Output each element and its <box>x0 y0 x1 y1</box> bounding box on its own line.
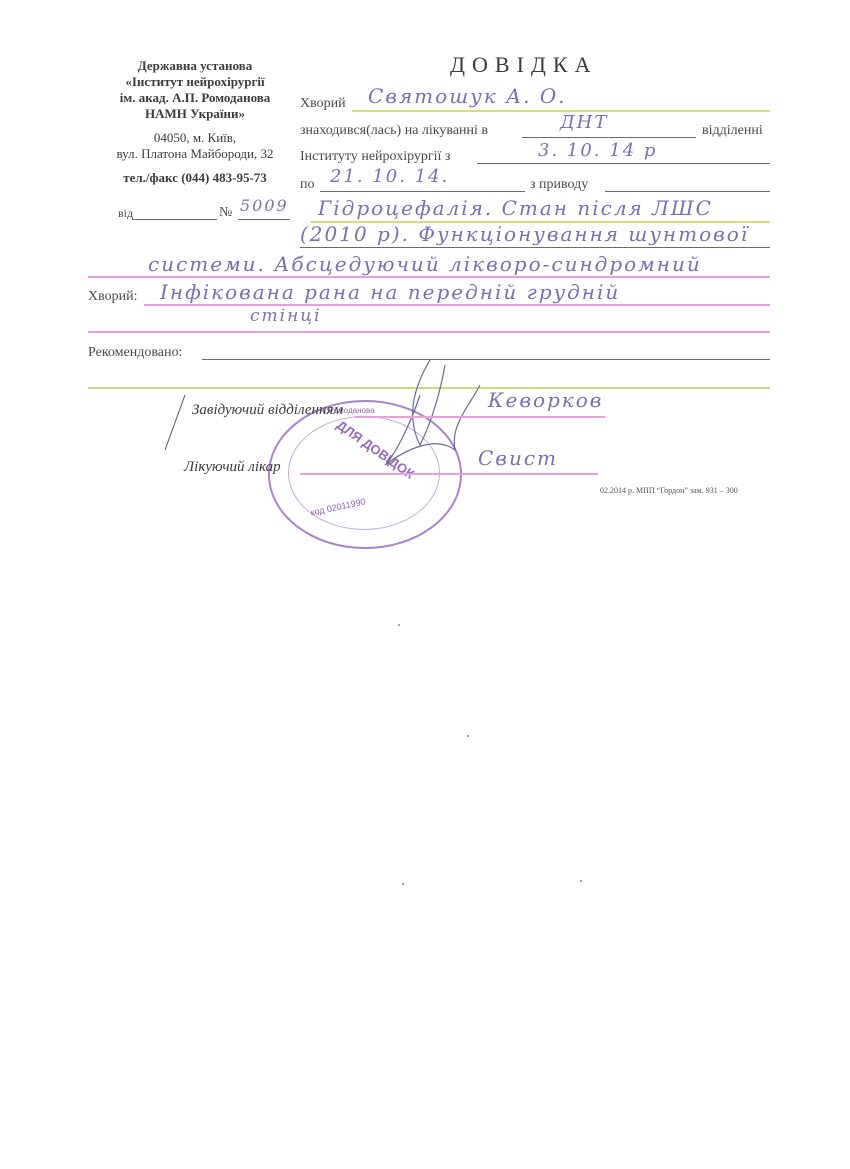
from-label: від <box>118 206 133 221</box>
doctor-label: Лікуючий лікар <box>184 459 281 476</box>
number-label: № <box>219 205 232 221</box>
print-footer: 02.2014 р. МПП “Гордон” зам. 931 – 300 <box>600 486 738 495</box>
patient2-text-1: Інфікована рана на передній грудній <box>160 280 620 304</box>
scan-speck <box>580 880 582 882</box>
phone: тел./факс (044) 483-95-73 <box>90 170 300 186</box>
date-to-line <box>320 191 525 192</box>
address-line: вул. Платона Майбороди, 32 <box>90 146 300 162</box>
scan-speck <box>398 624 400 626</box>
diagnosis-text-1: Гідроцефалія. Стан після ЛШС <box>318 196 713 220</box>
institution-header: Державна установа «Інститут нейрохірургі… <box>90 58 300 186</box>
institution-line: НАМН України» <box>90 106 300 122</box>
institution-line: Державна установа <box>90 58 300 74</box>
patient2-line-2 <box>88 331 770 333</box>
reason-line <box>605 191 770 192</box>
patient2-text-2: стінці <box>250 306 322 326</box>
department-line <box>522 137 696 138</box>
date-from-line <box>477 163 770 164</box>
head-signature-line <box>355 416 605 418</box>
institution-line: «Інститут нейрохірургії <box>90 74 300 90</box>
number-value: 5009 <box>240 196 289 215</box>
department-suffix: відділенні <box>702 123 763 139</box>
diagnosis-text-3: системи. Абсцедуючий лікворо-синдромний <box>148 252 702 276</box>
head-name: Кеворков <box>488 388 603 412</box>
doctor-signature-line <box>300 473 598 475</box>
institute-label: Інституту нейрохірургії з <box>300 149 450 165</box>
scan-speck <box>402 883 404 885</box>
document-title: ДОВІДКА <box>450 52 597 78</box>
number-line <box>238 219 290 220</box>
diagnosis-line-3 <box>88 276 770 278</box>
doctor-name: Свист <box>478 446 558 470</box>
to-label: по <box>300 177 315 193</box>
scan-speck <box>467 735 469 737</box>
treated-label: знаходився(лась) на лікуванні в <box>300 123 488 139</box>
diagnosis-line-2 <box>300 247 770 248</box>
patient2-line-1 <box>144 304 770 306</box>
from-line <box>132 219 217 220</box>
address-line: 04050, м. Київ, <box>90 130 300 146</box>
department-value: ДНТ <box>560 112 608 133</box>
date-to-value: 21. 10. 14. <box>330 166 449 187</box>
date-from-value: 3. 10. 14 р <box>538 140 657 161</box>
patient-value: Святошук А. О. <box>368 84 567 108</box>
patient-label: Хворий <box>300 96 346 112</box>
diagnosis-text-2: (2010 р). Функціонування шунтової <box>300 222 749 246</box>
head-label: Завідуючий відділенням <box>192 402 343 419</box>
institution-line: ім. акад. А.П. Ромоданова <box>90 90 300 106</box>
patient2-label: Хворий: <box>88 289 138 305</box>
reason-label: з приводу <box>530 177 588 193</box>
